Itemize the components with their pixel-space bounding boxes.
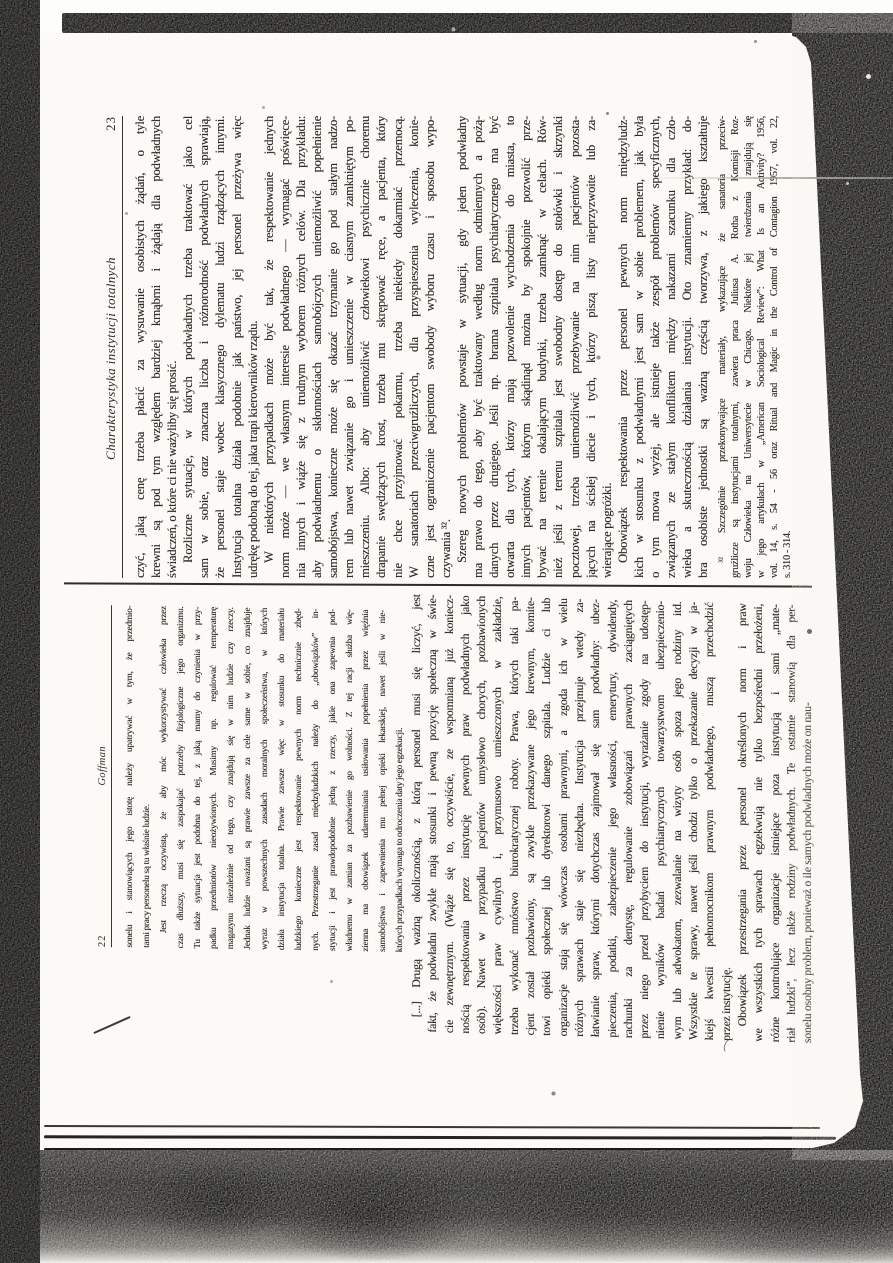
text-line: Tu także sytuacja jest podobna do tej, z… bbox=[189, 607, 206, 949]
text-line: w jego artykułach w „American Sociologic… bbox=[756, 116, 769, 578]
page-23-block: Charakterystyka instytucji totalnych 23 … bbox=[103, 116, 808, 578]
text-line: kiejś kwestii pełnomocnikom prawnym podw… bbox=[701, 602, 717, 1040]
text-line: organizacje stają się wówczas osobami pr… bbox=[555, 598, 571, 1036]
text-line: czyć, jaką cenę trzeba płacić za wysuwan… bbox=[132, 116, 148, 578]
text-line: trzeba wykonać mnóstwo biurokratycznej r… bbox=[506, 597, 522, 1035]
running-head-title-22: Goffman bbox=[97, 605, 108, 927]
text-line: woju Człowieka na Uniwersytecie w Chicag… bbox=[743, 116, 756, 578]
text-line: różne kontrolujące organizacje istniejąc… bbox=[767, 604, 783, 1042]
text-line: cjent został pozbawiony, są zwykle przek… bbox=[522, 597, 538, 1035]
text-line: czywania ³². bbox=[438, 116, 454, 578]
text-line: nienie wyników badań psychiatrycznych to… bbox=[652, 601, 668, 1039]
text-line: łatwianie spraw, którymi dotychczas zajm… bbox=[587, 599, 603, 1037]
text-line: pocztowej, trzeba uniemożliwić przebywan… bbox=[567, 116, 583, 578]
text-line: zienna ma obowiązek udaremniania usiłowa… bbox=[357, 610, 374, 952]
text-line: Jest rzeczą oczywistą, że aby móc wykorz… bbox=[155, 606, 172, 948]
text-line: przez instytucję. bbox=[718, 603, 734, 1041]
text-line: Jednak ludzie uważani są prawie zawsze z… bbox=[239, 607, 256, 949]
text-line: sonelu osobny problem, ponieważ o ile sa… bbox=[799, 605, 815, 1043]
text-line: związanych ze stałym konfliktem między n… bbox=[663, 116, 679, 578]
text-line: fakt, że podwładni zwykle mają stosunki … bbox=[424, 594, 440, 1032]
text-line: przez niego przed przybyciem do instytuc… bbox=[636, 600, 652, 1038]
text-line: świadczeń, o które ci nie ważyliby się p… bbox=[164, 116, 180, 578]
text-line: drapanie swędzących krost, trzeba mu skr… bbox=[373, 116, 389, 578]
text-line: gruźlicze są instytucjami totalnymi, zaw… bbox=[730, 116, 743, 578]
text-line: pieczenia, podatki, zabezpieczenie jego … bbox=[604, 599, 620, 1037]
page-23-footnote: ³² Szczególnie przekonywające materiały,… bbox=[717, 116, 794, 578]
text-line: bra osobiste jednostki są ważną częścią … bbox=[695, 116, 711, 578]
text-line: większości praw cywilnych i, przymusowo … bbox=[489, 596, 505, 1034]
text-line: W sanatoriach przeciwgruźliczych, dla pr… bbox=[406, 116, 422, 578]
text-line: cie zewnętrznym. (Wiąże się to, oczywiśc… bbox=[441, 595, 457, 1033]
text-line: magazynu niezależnie od tego, czy znajdu… bbox=[222, 607, 239, 949]
text-line: aby podwładnemu o skłonnościach samobójc… bbox=[309, 116, 325, 578]
text-line: których przypadkach wymaga to odroczenia… bbox=[391, 610, 408, 952]
text-line: władnemu w zamian za pozbawienie go woln… bbox=[341, 609, 358, 951]
text-line: sam w sobie, oraz znaczna liczba i różno… bbox=[196, 116, 212, 578]
text-line: towi opieki społecznej lub dyrektorowi d… bbox=[538, 598, 554, 1036]
text-line: jących na ścisłej diecie i tych, którzy … bbox=[583, 116, 599, 578]
text-line: rem lub nawet związanie go i umieszczeni… bbox=[341, 116, 357, 578]
running-head-22: 22 Goffman bbox=[97, 605, 112, 947]
text-line: nie chce przyjmować pokarmu, trzeba niek… bbox=[390, 116, 406, 578]
text-line: wyraz w powszechnych zasadach moralnych … bbox=[256, 608, 273, 950]
text-line: osób). Nawet w przypadku pacjentów umysł… bbox=[473, 596, 489, 1034]
page-number-22: 22 bbox=[97, 927, 108, 948]
page-22-block-right: [...] Drugą ważną okolicznością, z którą… bbox=[408, 594, 818, 1043]
text-line: vol. 14, s. 54 - 56 oraz Ritual and Magi… bbox=[769, 116, 782, 578]
text-line: Obowiązek respektowania przez personel p… bbox=[615, 116, 631, 578]
text-line: tami pracy personelu są tu właśnie ludzi… bbox=[138, 606, 155, 948]
running-head-23: Charakterystyka instytucji totalnych 23 bbox=[103, 116, 123, 578]
text-line: Szereg nowych problemów powstaje w sytua… bbox=[454, 116, 470, 578]
text-line: riał ludzki”, lecz także rodziny podwład… bbox=[783, 604, 799, 1042]
book-edge-texture bbox=[40, 1150, 893, 1263]
text-line: we wszystkich tych sprawach egzekwują ni… bbox=[750, 604, 766, 1042]
text-line: działa instytucja totalna. Prawie zawsze… bbox=[273, 608, 290, 950]
running-head-title-23: Charakterystyka instytucji totalnych bbox=[103, 139, 119, 578]
text-line: samobójstwa i zapewnienia mu pełnej opie… bbox=[374, 610, 391, 952]
text-line: że personel staje wobec klasycznego dyle… bbox=[212, 116, 228, 578]
text-line: czne jest ograniczenie pacjentom swobody… bbox=[422, 116, 438, 578]
text-line: sonelu i stanowiących jego istotę należy… bbox=[121, 605, 138, 947]
text-line: W niektórych przypadkach może być tak, ż… bbox=[261, 116, 277, 578]
scanner-edge-left bbox=[0, 0, 40, 1263]
text-line: nież jeśli z terenu szpitala jest swobod… bbox=[550, 116, 566, 578]
text-line: różnych sprawach staje się niezbędna. In… bbox=[571, 599, 587, 1037]
page-22-block-left: 22 Goffman sonelu i stanowiących jego is… bbox=[97, 605, 417, 953]
text-line: bywać na terenie okalającym budynki, trz… bbox=[534, 116, 550, 578]
text-line: s. 310 - 314. bbox=[782, 116, 795, 578]
text-line: krewni są pod tym względem bardziej krną… bbox=[148, 116, 164, 578]
page-22-body-second: [...] Drugą ważną okolicznością, z którą… bbox=[408, 594, 815, 1043]
text-line: stytucji i jest prawdopodobnie jedną z r… bbox=[324, 609, 341, 951]
text-line: Wszystkie te sprawy, nawet jeśli chodzi … bbox=[685, 602, 701, 1040]
text-line: o tym mowa wyżej, ale istnieje także zes… bbox=[647, 116, 663, 578]
text-line: danych przez drugiego. Jeśli np. brama s… bbox=[486, 116, 502, 578]
scanner-edge-top bbox=[62, 13, 893, 33]
text-line: kich w stosunku z podwładnymi jest sam w… bbox=[631, 116, 647, 578]
text-line: nia innych i wiąże się z trudnym wyborem… bbox=[293, 116, 309, 578]
text-line: rachunki za dentystę, regulowanie zobowi… bbox=[620, 600, 636, 1038]
text-line: ludzkiego konieczne jest respektowanie p… bbox=[290, 608, 307, 950]
text-line: padku przedmiotów nieożywionych. Musimy … bbox=[205, 607, 222, 949]
text-line: otwarta dla tych, którzy mają pozwolenie… bbox=[502, 116, 518, 578]
text-line: Rozliczne sytuacje, w których podwładnyc… bbox=[180, 116, 196, 578]
text-line: nością respektowania przez instytucję pe… bbox=[457, 595, 473, 1033]
text-line: udrękę podobną do tej, jaka trapi kierow… bbox=[245, 116, 261, 578]
text-line: mieszczeniu. Albo: aby uniemożliwić czło… bbox=[357, 116, 373, 578]
scanned-book-spread: { "colors": { "ink": "#2c2a24", "paper":… bbox=[0, 0, 893, 1263]
page-22-body-first: sonelu i stanowiących jego istotę należy… bbox=[121, 605, 408, 952]
text-line: ma prawo do tego, aby być traktowany wed… bbox=[470, 116, 486, 578]
text-line: nych. Przestrzeganie zasad międzyludzkic… bbox=[307, 609, 324, 951]
text-line: wym lub adwokatom, zezwalanie na wizyty … bbox=[669, 601, 685, 1039]
text-line: innych pacjentów, którym skądinąd można … bbox=[518, 116, 534, 578]
text-line: [...] Drugą ważną okolicznością, z którą… bbox=[408, 594, 424, 1032]
text-line: Obowiązek przestrzegania przez personel … bbox=[734, 603, 750, 1041]
page-number-23: 23 bbox=[103, 116, 119, 139]
text-line: czas dłuższy, musi się zaspokajać potrze… bbox=[172, 606, 189, 948]
scratch-line bbox=[640, 177, 893, 179]
photocopy-speckles bbox=[0, 0, 3, 3]
text-line: samobójstwa, konieczne może się okazać t… bbox=[325, 116, 341, 578]
text-line: norm może — we własnym interesie podwład… bbox=[277, 116, 293, 578]
text-line: ³² Szczególnie przekonywające materiały,… bbox=[717, 116, 730, 578]
text-line: Instytucja totalna działa podobnie jak p… bbox=[229, 116, 245, 578]
text-line: wieka a skutecznością działania instytuc… bbox=[679, 116, 695, 578]
page-23-body: czyć, jaką cenę trzeba płacić za wysuwan… bbox=[132, 116, 711, 578]
text-line: wierające pogróżki. bbox=[599, 116, 615, 578]
